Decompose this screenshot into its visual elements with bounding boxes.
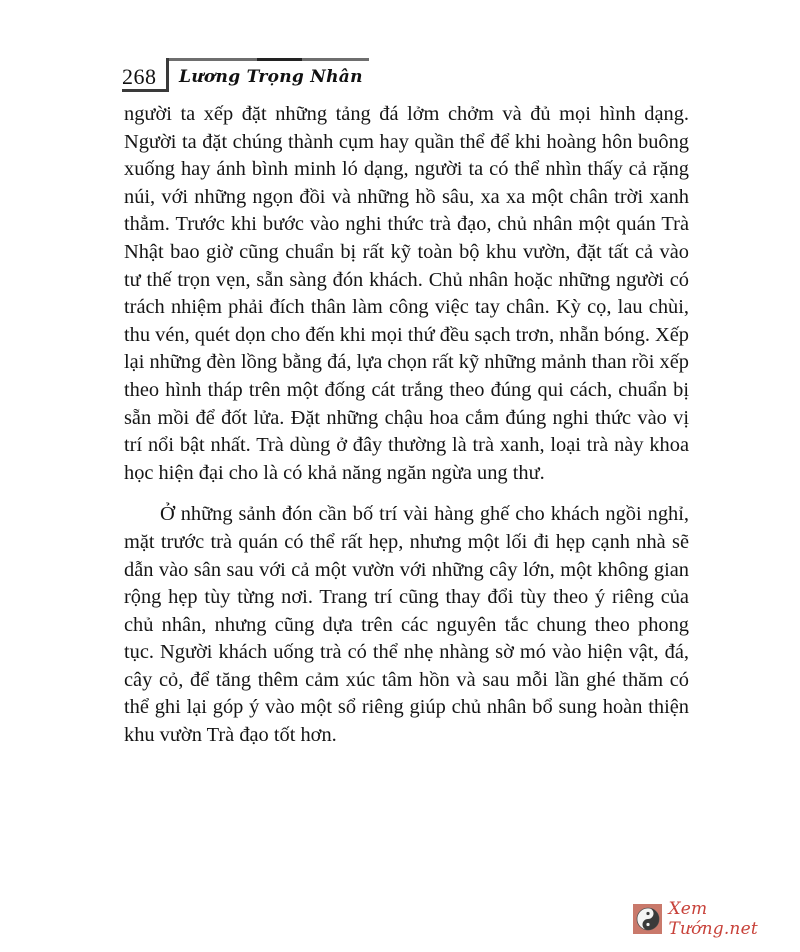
running-title: Lương Trọng Nhân — [179, 67, 363, 87]
header-rule-vertical — [166, 58, 169, 92]
body-text: người ta xếp đặt những tảng đá lởm chởm … — [124, 101, 689, 750]
paragraph: Ở những sảnh đón cần bố trí vài hàng ghế… — [124, 501, 689, 749]
yin-yang-icon — [633, 904, 662, 934]
watermark-text: Xem Tướng.net — [668, 899, 800, 939]
header-rule-accent — [257, 58, 302, 61]
page-header: 268 Lương Trọng Nhân — [122, 55, 372, 95]
paragraph: người ta xếp đặt những tảng đá lởm chởm … — [124, 101, 689, 487]
watermark: Xem Tướng.net — [633, 900, 800, 938]
page-number: 268 — [122, 66, 157, 88]
header-rule-under-number — [122, 89, 166, 92]
